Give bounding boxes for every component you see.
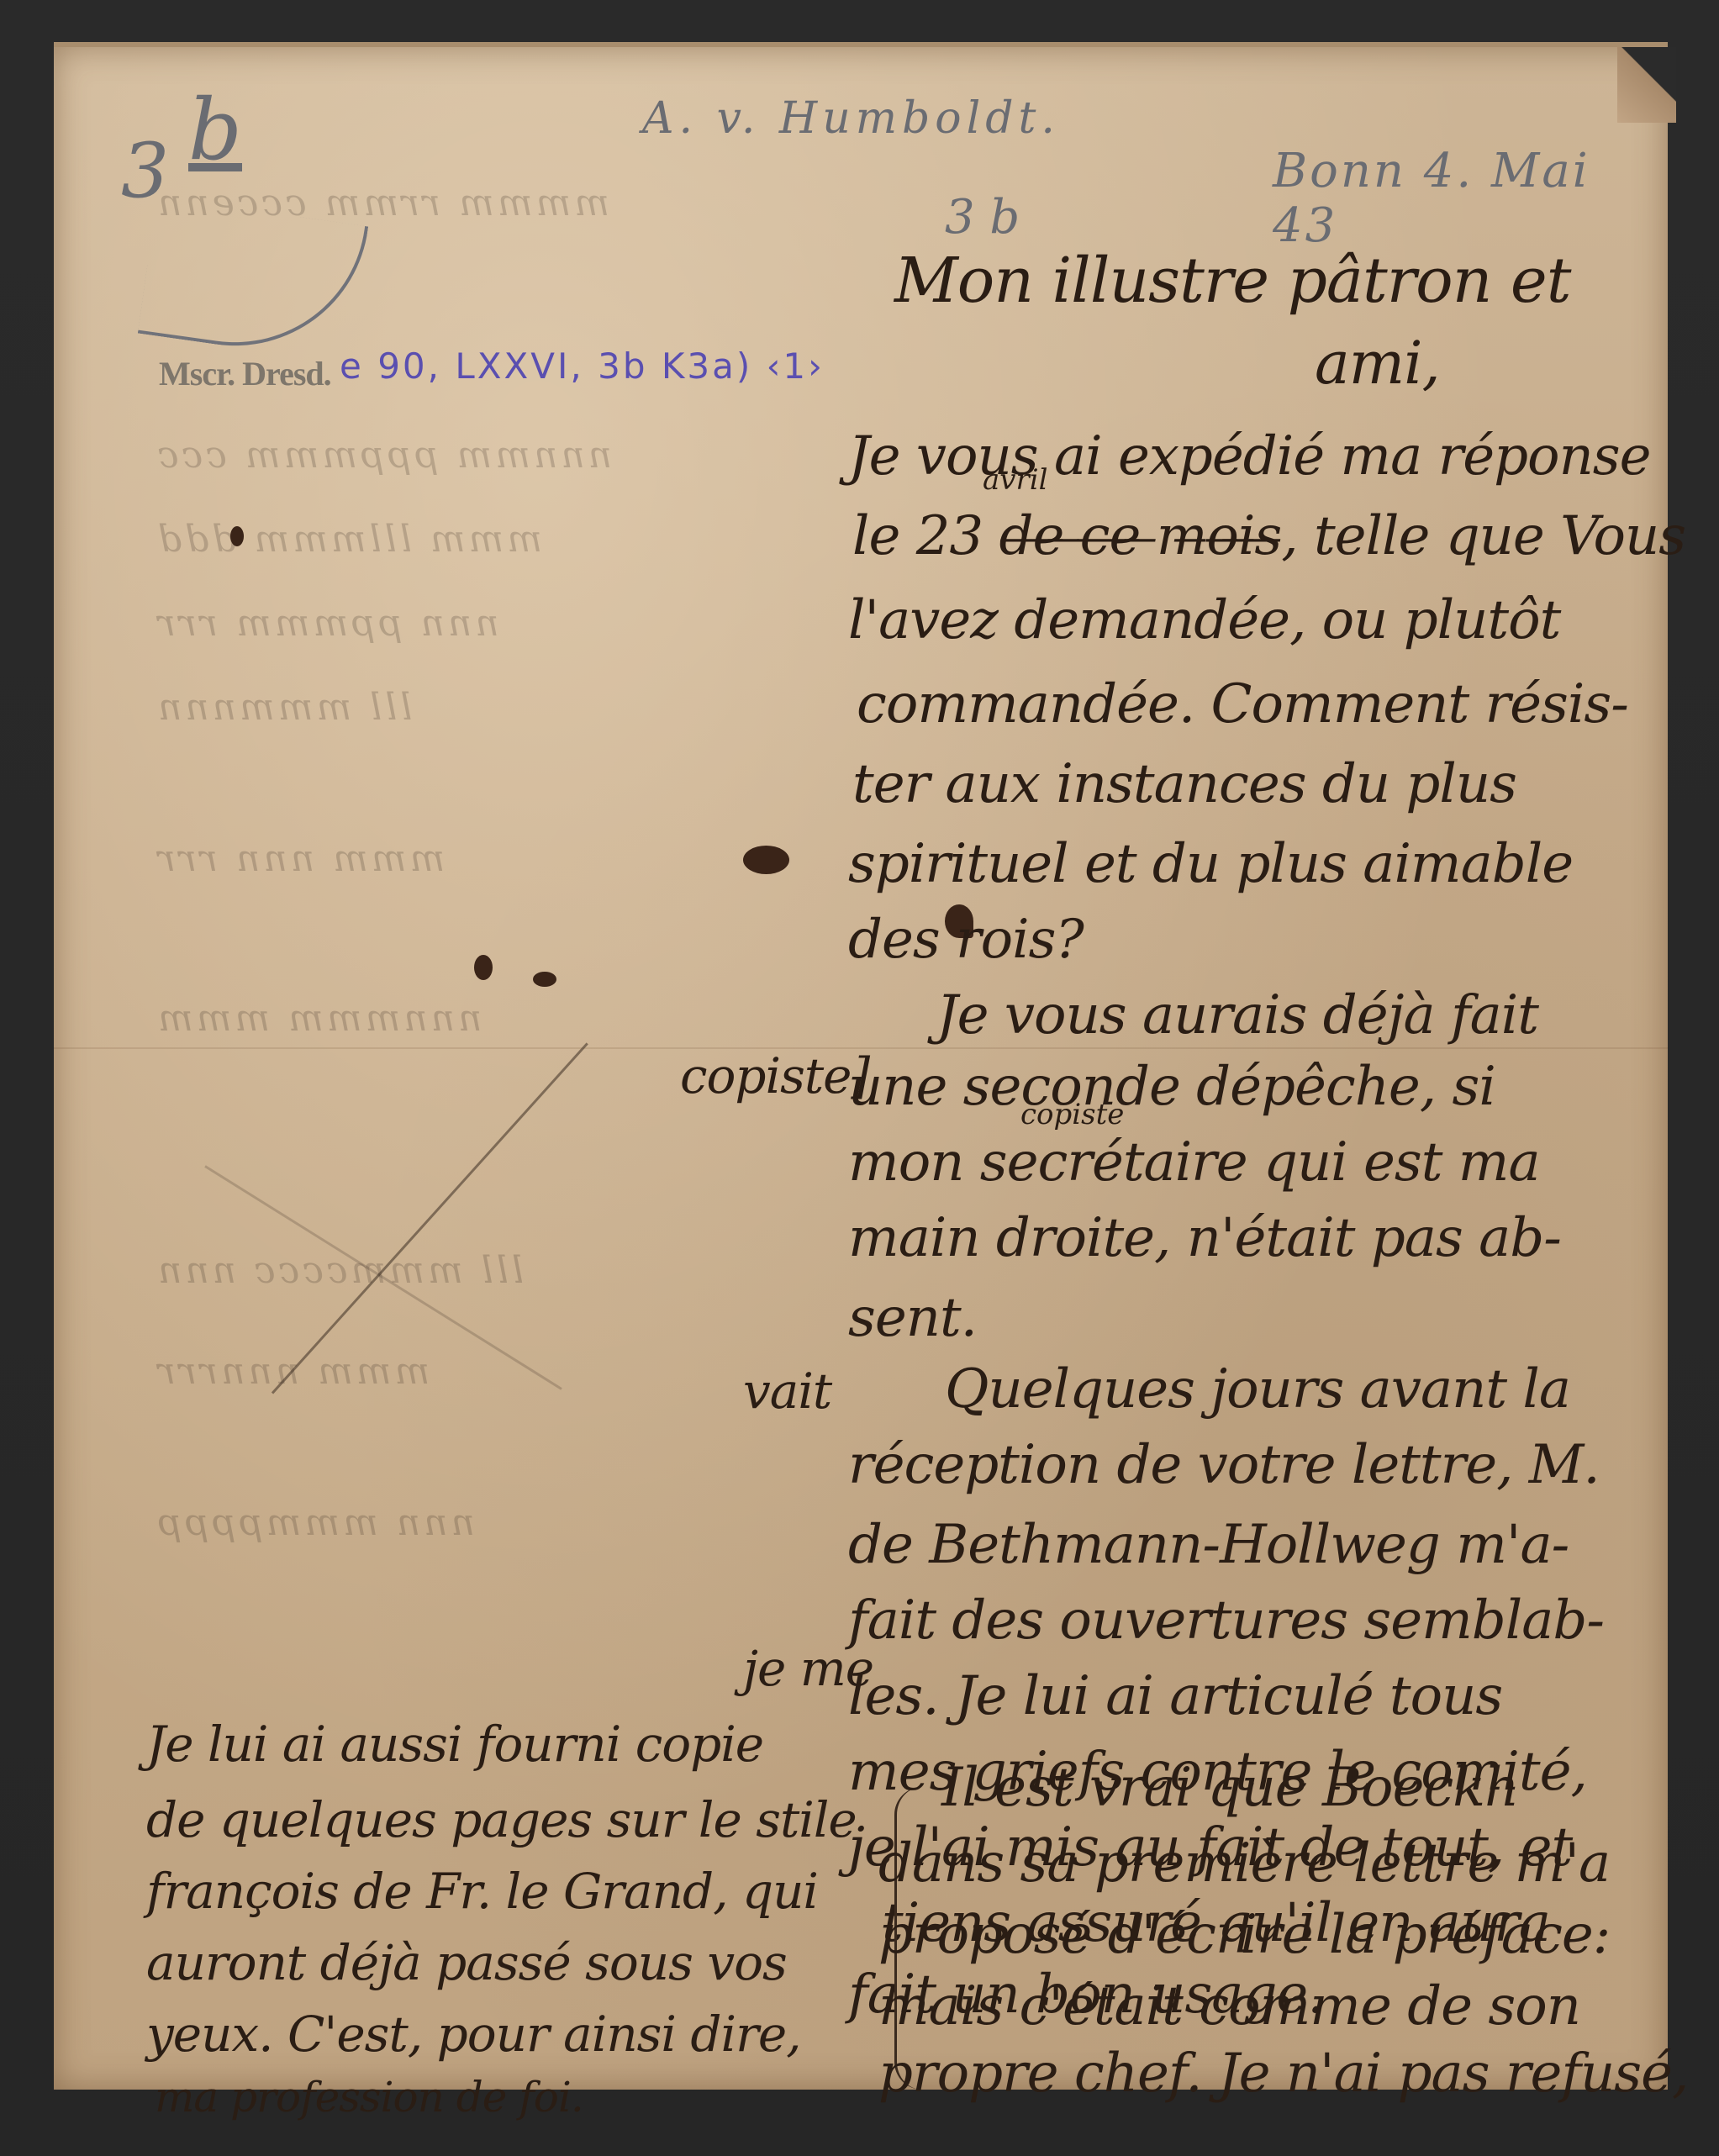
shelfmark: e 90, LXXVI, 3b K3a) ‹1› bbox=[340, 345, 825, 387]
author-attribution: A. v. Humboldt. bbox=[642, 93, 1060, 144]
archive-stamp: Mscr. Dresd. bbox=[159, 354, 331, 393]
letter-line: une seconde dépêche, si bbox=[848, 1056, 1495, 1118]
ink-blot bbox=[230, 526, 244, 546]
cancellation-stroke bbox=[272, 1042, 588, 1394]
pencil-circle-mark bbox=[138, 197, 368, 363]
bleed-through-text: lll mmmcccc nnn bbox=[155, 1249, 524, 1292]
letter-line: Je vous aurais déjà fait bbox=[936, 984, 1538, 1046]
salutation-line-1: Mon illustre pâtron et bbox=[894, 245, 1570, 317]
bleed-through-text: nnnmm pppmmm ccc bbox=[155, 434, 612, 477]
folio-suffix: b bbox=[188, 81, 242, 179]
margin-block-line: auront déjà passé sous vos bbox=[146, 1934, 787, 1991]
interlinear-insert: copiste bbox=[1020, 1098, 1124, 1131]
letter-line: proposé d'écrire la préface: bbox=[878, 1904, 1610, 1966]
letter-line: le 23 d̶e̶ ̶c̶e̶ ̶m̶o̶i̶s̶, telle que Vo… bbox=[852, 505, 1685, 567]
letter-line: main droite, n'était pas ab- bbox=[848, 1207, 1561, 1269]
letter-line: fait des ouvertures semblab- bbox=[848, 1589, 1604, 1652]
bleed-through-text: nnnmmm mmm bbox=[155, 997, 482, 1040]
margin-note-vait: vait bbox=[743, 1363, 831, 1420]
ink-blot bbox=[743, 846, 789, 874]
letter-line: commandée. Comment résis- bbox=[857, 673, 1628, 735]
bleed-through-text: nnn mmmpppp bbox=[155, 1501, 475, 1544]
margin-block-line: ma profession de foi. bbox=[155, 2073, 583, 2122]
letter-line: Il est vrai que Boeckh bbox=[941, 1757, 1518, 1819]
bleed-through-text: lll mmmnnn bbox=[155, 686, 412, 729]
margin-block-line: yeux. C'est, pour ainsi dire, bbox=[146, 2006, 801, 2063]
margin-note-copiste: copiste] bbox=[680, 1047, 869, 1104]
bleed-through-text: nnn ppmmm rrr bbox=[155, 602, 499, 645]
ink-blot bbox=[474, 955, 493, 980]
ink-blot bbox=[533, 972, 556, 987]
letter-line: réception de votre lettre, M. bbox=[848, 1434, 1600, 1496]
letter-line: Quelques jours avant la bbox=[945, 1358, 1570, 1421]
letter-line: dans sa première lettre m'a bbox=[878, 1832, 1610, 1895]
letter-line: propre chef. Je n'ai pas refusé, bbox=[878, 2043, 1688, 2105]
letter-line: les. Je lui ai articulé tous bbox=[848, 1665, 1502, 1727]
bleed-through-text: mmm nnn rrr bbox=[155, 837, 445, 880]
folio-mark-secondary: 3 b bbox=[945, 190, 1020, 245]
margin-block-line: françois de Fr. le Grand, qui bbox=[146, 1863, 818, 1920]
margin-block-line: de quelques pages sur le stile bbox=[146, 1791, 857, 1848]
letter-line: ter aux instances du plus bbox=[852, 753, 1516, 815]
letter-line: l'avez demandée, ou plutôt bbox=[848, 589, 1560, 651]
interlinear-insert: avril bbox=[983, 463, 1047, 497]
letter-line: de Bethmann-Hollweg m'a- bbox=[848, 1514, 1569, 1576]
folded-corner bbox=[1617, 47, 1676, 123]
letter-line: Je vous ai expédié ma réponse bbox=[848, 425, 1651, 488]
letter-line: spirituel et du plus aimable bbox=[848, 833, 1573, 895]
margin-block-line: Je lui ai aussi fourni copie bbox=[146, 1716, 763, 1773]
bleed-through-text: mmm lllmmm ddd bbox=[155, 518, 542, 561]
place-date: Bonn 4. Mai 43 bbox=[1273, 144, 1668, 253]
letter-line: des rois? bbox=[848, 909, 1084, 971]
letter-line: mon secrétaire qui est ma bbox=[848, 1131, 1540, 1194]
margin-note-je-me: je me bbox=[743, 1640, 873, 1697]
letter-line: sent. bbox=[848, 1287, 977, 1349]
salutation-line-2: ami, bbox=[1315, 329, 1440, 398]
letter-line: mais c'était comme de son bbox=[878, 1975, 1580, 2037]
